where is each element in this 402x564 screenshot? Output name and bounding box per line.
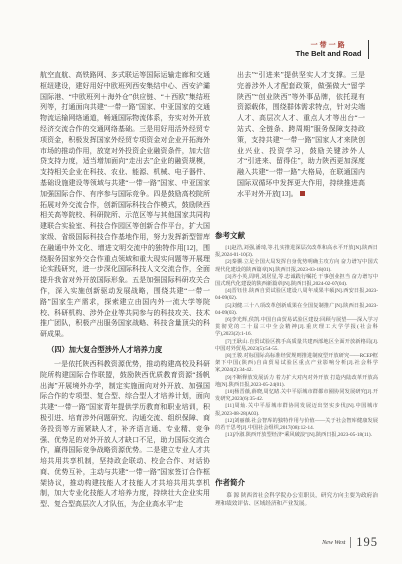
reference-item: [13]冷淑.陕西开放型经济“乘风破浪”[N].陕西日报,2023-05-18(… [215, 432, 378, 439]
header-divider-rule [368, 40, 370, 59]
reference-item: [1]赵浩,刘强,潘琦,等.扎实推进深层次改革和高水平开放[N].陕西日报,20… [215, 245, 378, 259]
author-heading: 作者简介 [215, 477, 378, 488]
body-paragraph: 出去”“引进来”提供坚实人才支撑。三是完善涉外人才配套政策，做强做大“留学陕西”… [237, 70, 365, 200]
body-paragraph: 一是依托陕西科教资源优势，推动构建高校及科研院所构建国际合作联盟，鼓励陕西优质教… [40, 359, 210, 510]
reference-item: [8]王骏.对标国际高标准经贸规则推进制度型开放研究——RCEP框架下中国(陕西… [215, 353, 378, 375]
body-paragraph: 航空直航、高铁路网、多式联运等国际运输走廊和交通枢纽建设，建好用好中欧班列西安集… [40, 70, 210, 340]
body-paragraph-text: 出去”“引进来”提供坚实人才支撑。三是完善涉外人才配套政策，做强做大“留学陕西”… [237, 71, 365, 198]
journal-page: 一带一路 The Belt and Road 航空直航、高铁路网、多式联运等国际… [0, 0, 402, 564]
author-section: 作者简介 慕 源 陕西省社会科学院办公室职员，研究方向主要为政府治理和绩效评估、… [215, 477, 378, 508]
references-section: 参考文献 [1]赵浩,刘强,潘琦,等.扎实推进深层次改革和高水平开放[N].陕西… [215, 230, 378, 439]
reference-item: [12]刘丽薇.社会智库的独特作用与价值——关于社会智库健康发展的若干思考[J]… [215, 418, 378, 432]
reference-item: [6]李光辉,侯凯.中国自由贸易试验区建设:回顾与展望——深入学习贯彻党的二十届… [215, 317, 378, 339]
right-column-main: 出去”“引进来”提供坚实人才支撑。三是完善涉外人才配套政策，做强做大“留学陕西”… [237, 70, 365, 200]
reference-item: [5]刘健.三十八项改革创新成果在全国复制推广[N].陕西日报,2023-04-… [215, 303, 378, 317]
reference-item: [10]杨晋薇,薛晓,周忆睹.关中平原城市群都市圈协同发展研究[J].开发研究,… [215, 389, 378, 403]
footer-divider-rule [350, 537, 351, 548]
subsection-heading: （四）加大复合型涉外人才培养力度 [40, 345, 210, 355]
page-footer: New West 195 [322, 536, 378, 549]
reference-item: [7]王耿山.自贸试验区携手高质量共建西部地区全面开放新格局[J].中国对外贸易… [215, 339, 378, 353]
section-header: 一带一路 The Belt and Road [296, 40, 369, 59]
reference-item: [9]不断释放发展活力 着力扩大对内对外开放 打造内陆改革开放高地[N].陕西日… [215, 375, 378, 389]
left-column: 航空直航、高铁路网、多式联运等国际运输走廊和交通枢纽建设，建好用好中欧班列西安集… [40, 70, 210, 510]
reference-item: [2]秦骥.立足全国大局发挥自身优势明确主攻方向 奋力谱写中国式现代化建设的陕西… [215, 259, 378, 273]
reference-item: [4]晋钰佳.陕西自贸试验区建设八周年成果丰硕[N].西安日报,2023-04-… [215, 288, 378, 302]
page-number: 195 [356, 536, 378, 549]
section-title-chinese: 一带一路 [296, 41, 362, 49]
reference-item: [3]齐小英,周明,刘居星,等.忠诚践行嘱托 干事创业担当 奋力谱写中国式现代化… [215, 274, 378, 288]
reference-item: [11]周灿.关中平原城市群协同发展迈出坚实步伐[N].中国城市报,2023-0… [215, 403, 378, 417]
section-header-text: 一带一路 The Belt and Road [296, 41, 362, 58]
journal-name: New West [322, 540, 345, 546]
article-end-icon [300, 191, 305, 196]
author-bio: 慕 源 陕西省社会科学院办公室职员，研究方向主要为政府治理和绩效评估、区域经济和… [215, 492, 378, 508]
section-title-english: The Belt and Road [296, 49, 362, 58]
references-heading: 参考文献 [215, 230, 378, 241]
